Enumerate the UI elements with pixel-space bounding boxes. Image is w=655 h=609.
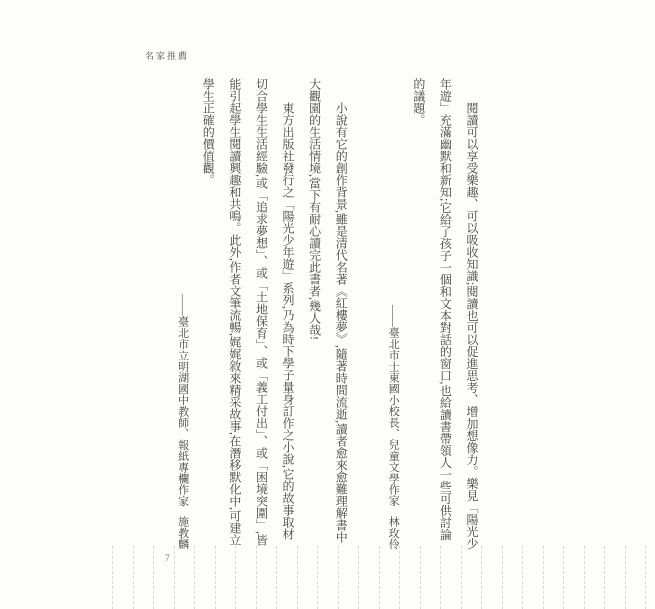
recommender-name: 施教麟: [177, 516, 189, 550]
recommender-name: 林玫伶: [387, 516, 399, 550]
attribution: ——臺北市士東國小校長、兒童文學作家林玫伶: [381, 78, 405, 550]
page-number: 7: [165, 554, 170, 564]
recommendation-paragraph: 小說有它的創作背景,雖是清代名著《紅樓夢》,隨著時間流逝,讀者愈來愈難理解書中大…: [301, 78, 354, 550]
attribution: ——臺北市立明湖國中教師、報紙專欄作家施教麟: [171, 78, 195, 550]
section-header: 名家推薦: [145, 49, 189, 62]
recommendation-block: 閱讀可以享受樂趣、可以吸收知識;閱讀也可以促進思考、增加想像力。樂見「陽光少年遊…: [381, 78, 485, 550]
attribution-dash: ——: [177, 294, 189, 316]
attribution-title: 臺北市立明湖國中教師、報紙專欄作家: [177, 316, 189, 506]
book-page: 名家推薦 閱讀可以享受樂趣、可以吸收知識;閱讀也可以促進思考、增加想像力。樂見「…: [0, 0, 655, 609]
recommendation-paragraph: 東方出版社發行之「陽光少年遊」系列,乃為時下學子量身訂作之小說,它的故事取材切合…: [195, 78, 301, 550]
bottom-dashed-pattern: [112, 546, 655, 609]
attribution-title: 臺北市士東國小校長、兒童文學作家: [387, 327, 399, 506]
recommendations-text: 閱讀可以享受樂趣、可以吸收知識;閱讀也可以促進思考、增加想像力。樂見「陽光少年遊…: [171, 78, 485, 550]
recommendation-block: 小說有它的創作背景,雖是清代名著《紅樓夢》,隨著時間流逝,讀者愈來愈難理解書中大…: [171, 78, 355, 550]
attribution-dash: ——: [387, 305, 399, 327]
recommendation-paragraph: 閱讀可以享受樂趣、可以吸收知識;閱讀也可以促進思考、增加想像力。樂見「陽光少年遊…: [405, 78, 485, 550]
